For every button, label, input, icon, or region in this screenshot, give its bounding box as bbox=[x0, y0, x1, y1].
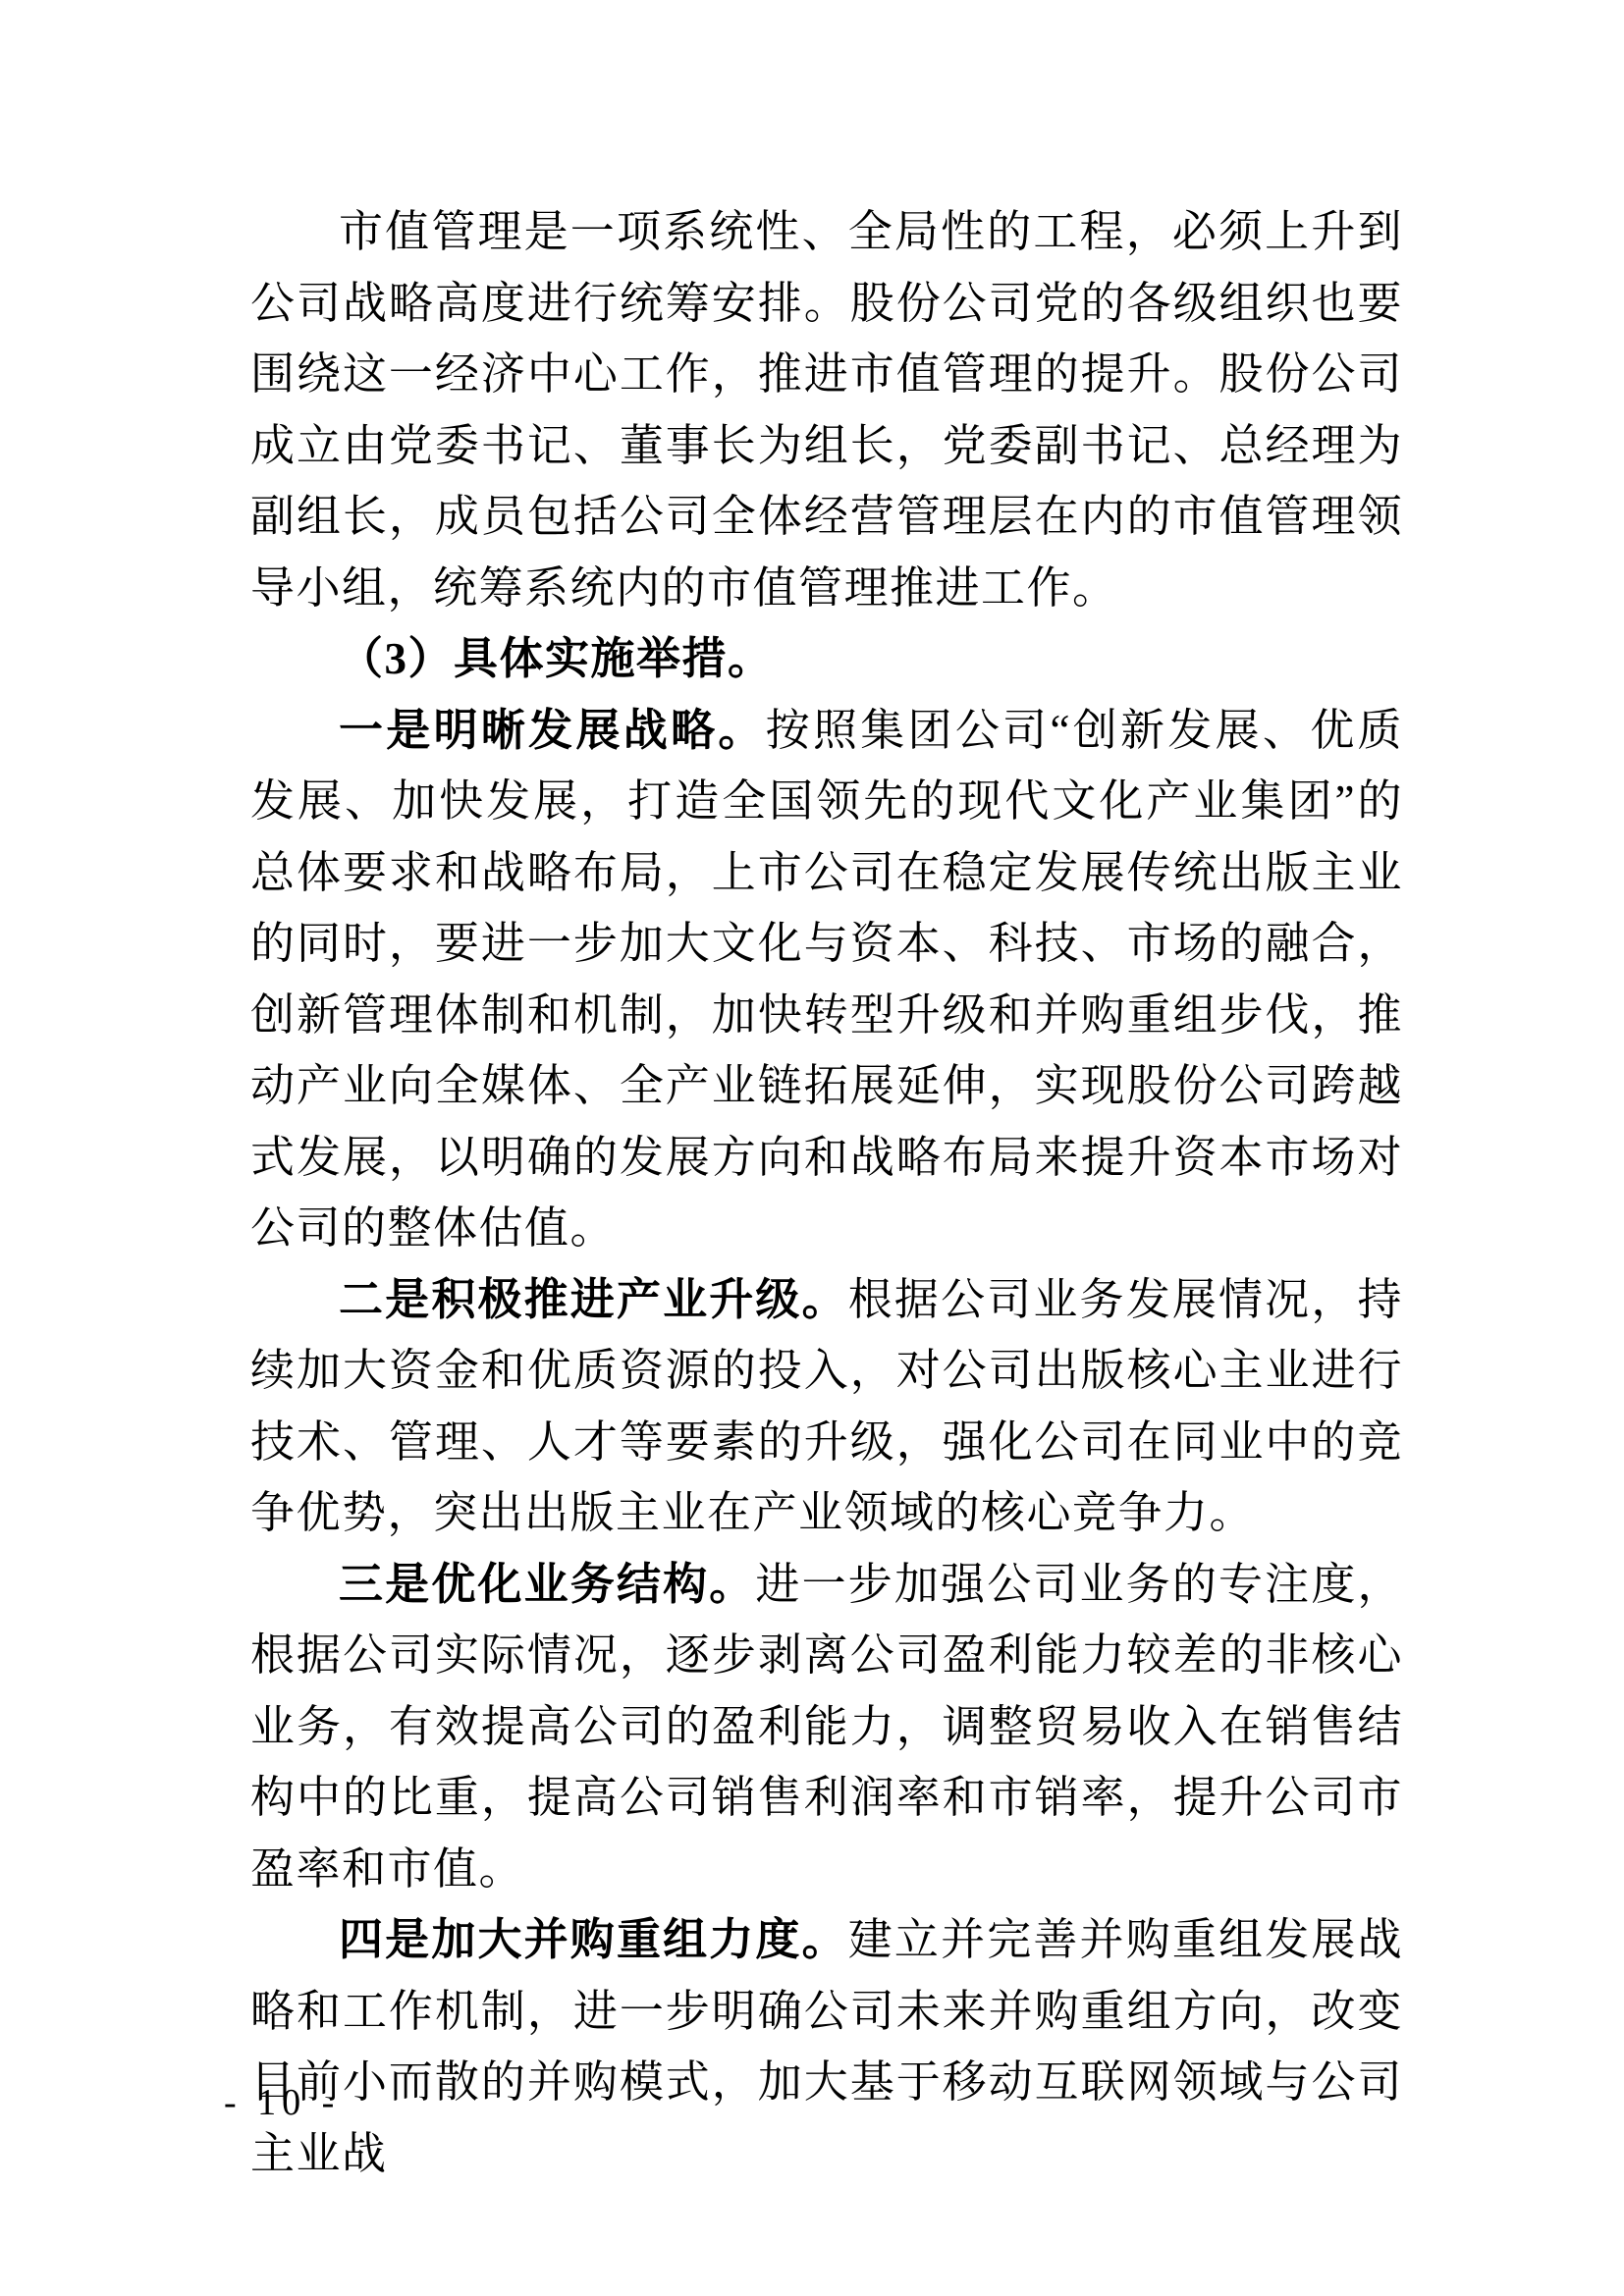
paragraph-text-run: 市值管理是一项系统性、全局性的工程，必须上升到公司战略高度进行统筹安排。股份公司… bbox=[250, 207, 1403, 613]
paragraph-heading-run: 三是优化业务结构。 bbox=[339, 1560, 755, 1609]
paragraph: 市值管理是一项系统性、全局性的工程，必须上升到公司战略高度进行统筹安排。股份公司… bbox=[250, 196, 1403, 623]
paragraph-text-run: 进一步加强公司业务的专注度，根据公司实际情况，逐步剥离公司盈利能力较差的非核心业… bbox=[250, 1560, 1403, 1894]
paragraph: 三是优化业务结构。进一步加强公司业务的专注度，根据公司实际情况，逐步剥离公司盈利… bbox=[250, 1549, 1403, 1905]
paragraph: 一是明晰发展战略。按照集团公司“创新发展、优质发展、加快发展，打造全国领先的现代… bbox=[250, 695, 1403, 1264]
paragraph-heading-run: （3）具体实施举措。 bbox=[339, 634, 774, 683]
paragraph-text-run: 按照集团公司“创新发展、优质发展、加快发展，打造全国领先的现代文化产业集团”的总… bbox=[250, 706, 1403, 1254]
paragraph-heading-run: 一是明晰发展战略。 bbox=[339, 706, 766, 755]
document-page: 市值管理是一项系统性、全局性的工程，必须上升到公司战略高度进行统筹安排。股份公司… bbox=[0, 0, 1624, 2296]
paragraph: 四是加大并购重组力度。建立并完善并购重组发展战略和工作机制，进一步明确公司未来并… bbox=[250, 1904, 1403, 2189]
document-body: 市值管理是一项系统性、全局性的工程，必须上升到公司战略高度进行统筹安排。股份公司… bbox=[250, 196, 1403, 2189]
paragraph-heading-run: 二是积极推进产业升级。 bbox=[339, 1275, 848, 1324]
page-number: - 10 - bbox=[224, 2081, 340, 2124]
paragraph: （3）具体实施举措。 bbox=[250, 623, 1403, 695]
paragraph: 二是积极推进产业升级。根据公司业务发展情况，持续加大资金和优质资源的投入，对公司… bbox=[250, 1264, 1403, 1549]
paragraph-heading-run: 四是加大并购重组力度。 bbox=[339, 1915, 848, 1964]
